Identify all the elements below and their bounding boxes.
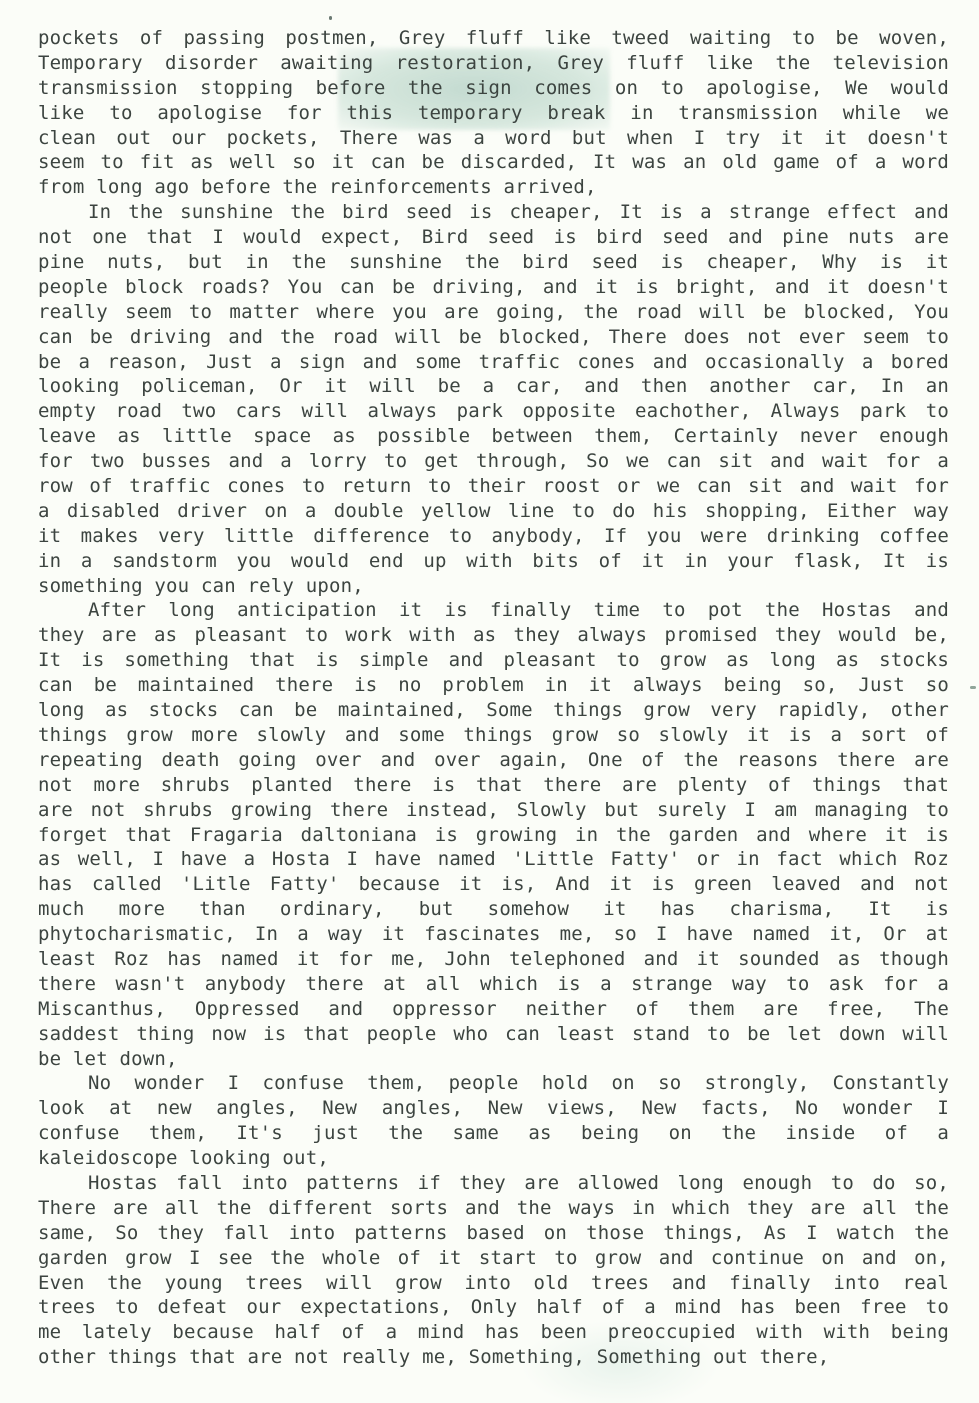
text-line: phytocharismatic, In a way it fascinates… bbox=[38, 922, 949, 947]
text-line: me lately because half of a mind has bee… bbox=[38, 1320, 949, 1345]
text-line: Hostas fall into patterns if they are al… bbox=[38, 1171, 949, 1196]
text-line: as well, I have a Hosta I have named 'Li… bbox=[38, 847, 949, 872]
text-line: Temporary disorder awaiting restoration,… bbox=[38, 51, 949, 76]
text-line: not one that I would expect, Bird seed i… bbox=[38, 225, 949, 250]
paragraph: Hostas fall into patterns if they are al… bbox=[38, 1171, 949, 1370]
text-line: much more than ordinary, but somehow it … bbox=[38, 897, 949, 922]
text-line: forget that Fragaria daltoniana is growi… bbox=[38, 823, 949, 848]
text-line: saddest thing now is that people who can… bbox=[38, 1022, 949, 1047]
paper-speck bbox=[329, 16, 332, 20]
text-line: It is something that is simple and pleas… bbox=[38, 648, 949, 673]
text-line: pine nuts, but in the sunshine the bird … bbox=[38, 250, 949, 275]
text-line: has called 'Litle Fatty' because it is, … bbox=[38, 872, 949, 897]
text-line: be let down, bbox=[38, 1047, 949, 1072]
text-line: transmission stopping before the sign co… bbox=[38, 76, 949, 101]
text-line: long as stocks can be maintained, Some t… bbox=[38, 698, 949, 723]
text-line: things grow more slowly and some things … bbox=[38, 723, 949, 748]
text-line: like to apologise for this temporary bre… bbox=[38, 101, 949, 126]
text-line: same, So they fall into patterns based o… bbox=[38, 1221, 949, 1246]
text-line: Even the young trees will grow into old … bbox=[38, 1271, 949, 1296]
text-line: kaleidoscope looking out, bbox=[38, 1146, 949, 1171]
text-line: people block roads? You can be driving, … bbox=[38, 275, 949, 300]
paragraph: In the sunshine the bird seed is cheaper… bbox=[38, 200, 949, 598]
text-line: can be maintained there is no problem in… bbox=[38, 673, 949, 698]
text-line: looking policeman, Or it will be a car, … bbox=[38, 374, 949, 399]
text-line: pockets of passing postmen, Grey fluff l… bbox=[38, 26, 949, 51]
document-page: pockets of passing postmen, Grey fluff l… bbox=[38, 26, 949, 1370]
text-line: repeating death going over and over agai… bbox=[38, 748, 949, 773]
text-line: they are as pleasant to work with as the… bbox=[38, 623, 949, 648]
paragraph: No wonder I confuse them, people hold on… bbox=[38, 1071, 949, 1171]
paper-speck bbox=[970, 686, 976, 689]
text-line: it makes very little difference to anybo… bbox=[38, 524, 949, 549]
paragraph: pockets of passing postmen, Grey fluff l… bbox=[38, 26, 949, 200]
text-line: a disabled driver on a double yellow lin… bbox=[38, 499, 949, 524]
text-line: something you can rely upon, bbox=[38, 574, 949, 599]
text-line: are not shrubs growing there instead, Sl… bbox=[38, 798, 949, 823]
text-line: clean out our pockets, There was a word … bbox=[38, 126, 949, 151]
text-line: least Roz has named it for me, John tele… bbox=[38, 947, 949, 972]
text-line: can be driving and the road will be bloc… bbox=[38, 325, 949, 350]
text-line: empty road two cars will always park opp… bbox=[38, 399, 949, 424]
text-line: look at new angles, New angles, New view… bbox=[38, 1096, 949, 1121]
text-line: in a sandstorm you would end up with bit… bbox=[38, 549, 949, 574]
text-line: from long ago before the reinforcements … bbox=[38, 175, 949, 200]
text-line: there wasn't anybody there at all which … bbox=[38, 972, 949, 997]
text-line: for two busses and a lorry to get throug… bbox=[38, 449, 949, 474]
text-line: There are all the different sorts and th… bbox=[38, 1196, 949, 1221]
text-line: confuse them, It's just the same as bein… bbox=[38, 1121, 949, 1146]
text-line: seem to fit as well so it can be discard… bbox=[38, 150, 949, 175]
text-line: be a reason, Just a sign and some traffi… bbox=[38, 350, 949, 375]
text-line: really seem to matter where you are goin… bbox=[38, 300, 949, 325]
text-line: other things that are not really me, Som… bbox=[38, 1345, 949, 1370]
text-line: leave as little space as possible betwee… bbox=[38, 424, 949, 449]
paragraph: After long anticipation it is finally ti… bbox=[38, 598, 949, 1071]
text-line: In the sunshine the bird seed is cheaper… bbox=[38, 200, 949, 225]
text-line: Miscanthus, Oppressed and oppressor neit… bbox=[38, 997, 949, 1022]
text-line: trees to defeat our expectations, Only h… bbox=[38, 1295, 949, 1320]
text-line: not more shrubs planted there is that th… bbox=[38, 773, 949, 798]
text-line: garden grow I see the whole of it start … bbox=[38, 1246, 949, 1271]
text-line: row of traffic cones to return to their … bbox=[38, 474, 949, 499]
text-line: No wonder I confuse them, people hold on… bbox=[38, 1071, 949, 1096]
text-line: After long anticipation it is finally ti… bbox=[38, 598, 949, 623]
